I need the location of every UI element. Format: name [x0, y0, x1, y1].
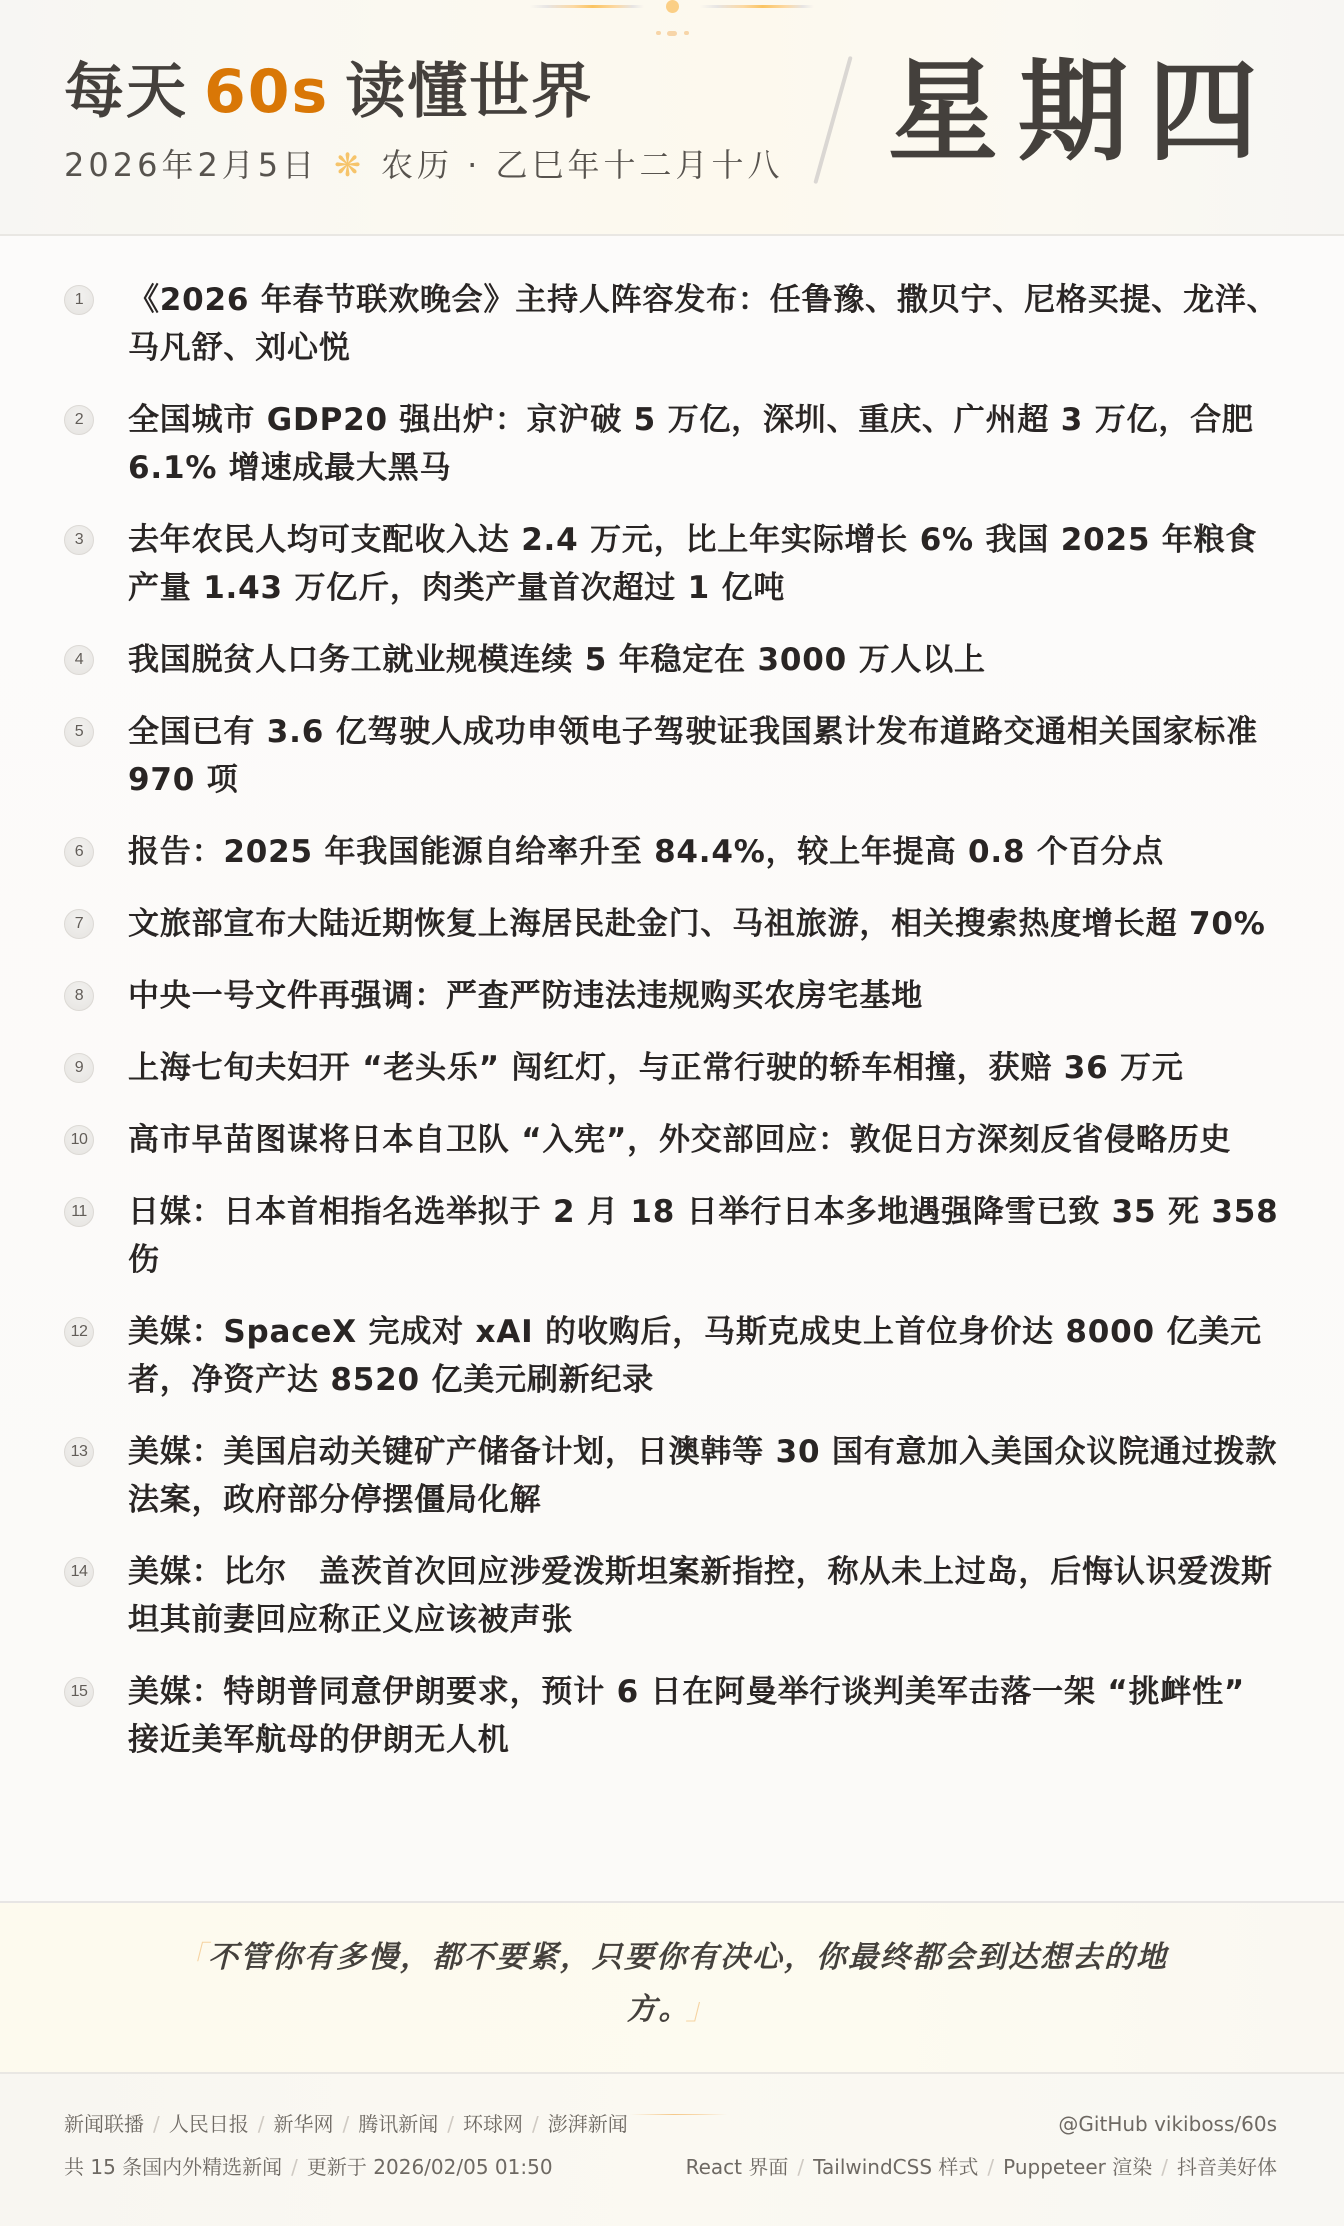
- news-text: 报告：2025 年我国能源自给率升至 84.4%，较上年提高 0.8 个百分点: [128, 828, 1280, 876]
- news-text: 《2026 年春节联欢晚会》主持人阵容发布：任鲁豫、撒贝宁、尼格买提、龙洋、马凡…: [128, 276, 1280, 372]
- news-text: 上海七旬夫妇开 “老头乐” 闯红灯，与正常行驶的轿车相撞，获赔 36 万元: [128, 1044, 1280, 1092]
- separator: /: [258, 2112, 265, 2136]
- news-item: 3 去年农民人均可支配收入达 2.4 万元，比上年实际增长 6% 我国 2025…: [64, 516, 1280, 612]
- weekday: 星期四: [888, 50, 1278, 174]
- source-item: 环球网: [463, 2112, 523, 2136]
- news-item: 12 美媒：SpaceX 完成对 xAI 的收购后，马斯克成史上首位身价达 80…: [64, 1308, 1280, 1404]
- source-item: 人民日报: [169, 2112, 249, 2136]
- github-credit: @GitHub vikiboss/60s: [1058, 2110, 1277, 2138]
- separator: /: [1161, 2155, 1168, 2179]
- page-title: 每天60s读懂世界: [64, 54, 593, 130]
- news-item: 1 《2026 年春节联欢晚会》主持人阵容发布：任鲁豫、撒贝宁、尼格买提、龙洋、…: [64, 276, 1280, 372]
- credit-item: 抖音美好体: [1177, 2155, 1277, 2179]
- separator: /: [797, 2155, 804, 2179]
- news-text: 去年农民人均可支配收入达 2.4 万元，比上年实际增长 6% 我国 2025 年…: [128, 516, 1280, 612]
- separator: /: [153, 2112, 160, 2136]
- title-accent: 60s: [204, 57, 329, 127]
- credit-item: React 界面: [686, 2155, 789, 2179]
- news-index-badge: 13: [64, 1437, 94, 1467]
- news-meta: 共 15 条国内外精选新闻/更新于 2026/02/05 01:50: [64, 2153, 553, 2181]
- separator: /: [987, 2155, 994, 2179]
- news-list: 1 《2026 年春节联欢晚会》主持人阵容发布：任鲁豫、撒贝宁、尼格买提、龙洋、…: [0, 236, 1344, 1901]
- news-count: 共 15 条国内外精选新闻: [64, 2155, 282, 2179]
- separator: /: [291, 2155, 298, 2179]
- news-text: 美媒：比尔 盖茨首次回应涉爱泼斯坦案新指控，称从未上过岛，后悔认识爱泼斯坦其前妻…: [128, 1548, 1280, 1644]
- title-prefix: 每天: [64, 57, 188, 127]
- credit-item: TailwindCSS 样式: [813, 2155, 978, 2179]
- source-item: 腾讯新闻: [358, 2112, 438, 2136]
- news-text: 日媒：日本首相指名选举拟于 2 月 18 日举行日本多地遇强降雪已致 35 死 …: [128, 1188, 1280, 1284]
- daily-quote: 「不管你有多慢，都不要紧，只要你有决心，你最终都会到达想去的地方。」: [0, 1901, 1344, 2072]
- header-decoration-line-right: [700, 5, 814, 8]
- news-item: 13 美媒：美国启动关键矿产储备计划，日澳韩等 30 国有意加入美国众议院通过拨…: [64, 1428, 1280, 1524]
- news-text: 我国脱贫人口务工就业规模连续 5 年稳定在 3000 万人以上: [128, 636, 1280, 684]
- news-item: 7 文旅部宣布大陆近期恢复上海居民赴金门、马祖旅游，相关搜索热度增长超 70%: [64, 900, 1280, 948]
- page: 每天60s读懂世界 2026年2月5日❋农历 · 乙巳年十二月十八 星期四 1 …: [0, 0, 1344, 2226]
- header-decoration-circle: [666, 0, 679, 13]
- quote-paragraph: 「不管你有多慢，都不要紧，只要你有决心，你最终都会到达想去的地方。」: [172, 1903, 1172, 2036]
- footer-row-meta: 共 15 条国内外精选新闻/更新于 2026/02/05 01:50 React…: [64, 2153, 1277, 2181]
- quote-open-mark-icon: 「: [176, 1940, 208, 1975]
- news-text: 高市早苗图谋将日本自卫队 “入宪”，外交部回应：敦促日方深刻反省侵略历史: [128, 1116, 1280, 1164]
- news-index-badge: 3: [64, 525, 94, 555]
- date-line: 2026年2月5日❋农历 · 乙巳年十二月十八: [64, 145, 784, 185]
- news-item: 9 上海七旬夫妇开 “老头乐” 闯红灯，与正常行驶的轿车相撞，获赔 36 万元: [64, 1044, 1280, 1092]
- asterisk-icon: ❋: [334, 146, 365, 184]
- footer: 新闻联播/人民日报/新华网/腾讯新闻/环球网/澎湃新闻 @GitHub viki…: [0, 2072, 1344, 2226]
- source-item: 澎湃新闻: [548, 2112, 628, 2136]
- news-item: 2 全国城市 GDP20 强出炉：京沪破 5 万亿，深圳、重庆、广州超 3 万亿…: [64, 396, 1280, 492]
- news-item: 14 美媒：比尔 盖茨首次回应涉爱泼斯坦案新指控，称从未上过岛，后悔认识爱泼斯坦…: [64, 1548, 1280, 1644]
- news-item: 8 中央一号文件再强调：严查严防违法违规购买农房宅基地: [64, 972, 1280, 1020]
- news-index-badge: 4: [64, 645, 94, 675]
- news-index-badge: 9: [64, 1053, 94, 1083]
- news-item: 10 高市早苗图谋将日本自卫队 “入宪”，外交部回应：敦促日方深刻反省侵略历史: [64, 1116, 1280, 1164]
- news-sources: 新闻联播/人民日报/新华网/腾讯新闻/环球网/澎湃新闻: [64, 2110, 628, 2138]
- tech-credits: React 界面/TailwindCSS 样式/Puppeteer 渲染/抖音美…: [686, 2153, 1277, 2181]
- separator: /: [343, 2112, 350, 2136]
- header-decoration-line-left: [530, 5, 644, 8]
- news-text: 全国城市 GDP20 强出炉：京沪破 5 万亿，深圳、重庆、广州超 3 万亿，合…: [128, 396, 1280, 492]
- news-index-badge: 7: [64, 909, 94, 939]
- title-suffix: 读懂世界: [345, 57, 593, 127]
- news-item: 11 日媒：日本首相指名选举拟于 2 月 18 日举行日本多地遇强降雪已致 35…: [64, 1188, 1280, 1284]
- news-index-badge: 1: [64, 285, 94, 315]
- separator: /: [532, 2112, 539, 2136]
- news-item: 6 报告：2025 年我国能源自给率升至 84.4%，较上年提高 0.8 个百分…: [64, 828, 1280, 876]
- header-decoration-dot: [667, 31, 677, 36]
- divider-slash: [813, 56, 852, 184]
- news-index-badge: 6: [64, 837, 94, 867]
- news-index-badge: 14: [64, 1557, 94, 1587]
- news-text: 美媒：SpaceX 完成对 xAI 的收购后，马斯克成史上首位身价达 8000 …: [128, 1308, 1280, 1404]
- news-index-badge: 5: [64, 717, 94, 747]
- news-index-badge: 10: [64, 1125, 94, 1155]
- news-text: 美媒：美国启动关键矿产储备计划，日澳韩等 30 国有意加入美国众议院通过拨款法案…: [128, 1428, 1280, 1524]
- source-item: 新华网: [274, 2112, 334, 2136]
- credit-item: Puppeteer 渲染: [1003, 2155, 1152, 2179]
- news-item: 5 全国已有 3.6 亿驾驶人成功申领电子驾驶证我国累计发布道路交通相关国家标准…: [64, 708, 1280, 804]
- news-index-badge: 11: [64, 1197, 94, 1227]
- source-item: 新闻联播: [64, 2112, 144, 2136]
- separator: /: [447, 2112, 454, 2136]
- news-text: 全国已有 3.6 亿驾驶人成功申领电子驾驶证我国累计发布道路交通相关国家标准 9…: [128, 708, 1280, 804]
- news-text: 美媒：特朗普同意伊朗要求，预计 6 日在阿曼举行谈判美军击落一架 “挑衅性” 接…: [128, 1668, 1280, 1764]
- news-index-badge: 15: [64, 1677, 94, 1707]
- news-item: 4 我国脱贫人口务工就业规模连续 5 年稳定在 3000 万人以上: [64, 636, 1280, 684]
- news-text: 文旅部宣布大陆近期恢复上海居民赴金门、马祖旅游，相关搜索热度增长超 70%: [128, 900, 1280, 948]
- footer-decoration-line: [630, 2114, 727, 2115]
- news-text: 中央一号文件再强调：严查严防违法违规购买农房宅基地: [128, 972, 1280, 1020]
- news-index-badge: 8: [64, 981, 94, 1011]
- updated-time: 更新于 2026/02/05 01:50: [307, 2155, 553, 2179]
- footer-row-sources: 新闻联播/人民日报/新华网/腾讯新闻/环球网/澎湃新闻 @GitHub viki…: [64, 2074, 1277, 2138]
- header-decoration-dot: [684, 31, 689, 35]
- header: 每天60s读懂世界 2026年2月5日❋农历 · 乙巳年十二月十八 星期四: [0, 0, 1344, 236]
- gregorian-date: 2026年2月5日: [64, 146, 318, 184]
- header-decoration-dot: [656, 31, 661, 35]
- quote-close-mark-icon: 」: [686, 1992, 718, 2027]
- news-item: 15 美媒：特朗普同意伊朗要求，预计 6 日在阿曼举行谈判美军击落一架 “挑衅性…: [64, 1668, 1280, 1764]
- lunar-date: 农历 · 乙巳年十二月十八: [381, 146, 784, 184]
- news-index-badge: 2: [64, 405, 94, 435]
- news-index-badge: 12: [64, 1317, 94, 1347]
